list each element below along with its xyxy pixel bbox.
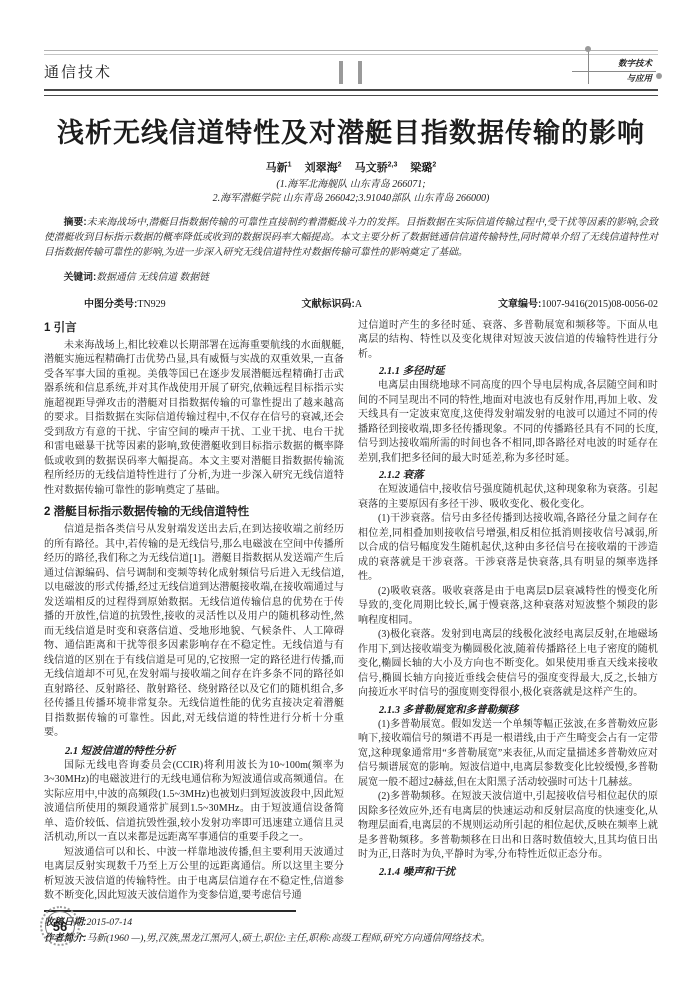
header-bottom-rule [44,89,658,96]
author: 马文骄2,3 [355,162,398,174]
keywords: 关键词:数据通信 无线信道 数据链 [44,270,658,285]
author-bio: 作者简介:马新(1960 —),男,汉族,黑龙江黑河人,硕士,职位:主任,职称:… [44,931,658,947]
article-title: 浅析无线信道特性及对潜艇目指数据传输的影响 [44,111,658,150]
subsubsection-heading: 2.1.4 噪声和干扰 [358,864,658,879]
page-number-badge: 56 [40,906,80,946]
paragraph: 未来海战场上,相比较难以长期部署在远海重要航线的水面舰艇,潜艇实施远程精确打击优… [44,339,344,499]
page-header: 通信技术 数字技术 与应用 [44,50,658,96]
affiliation-line: 2.海军潜艇学院 山东青岛 266042;3.91040部队 山东青岛 2660… [44,192,658,206]
body-columns: 1 引言 未来海战场上,相比较难以长期部署在远海重要航线的水面舰艇,潜艇实施远程… [44,319,658,904]
journal-logo-line2: 与应用 [572,71,652,86]
header-divider-bar [358,61,362,84]
section-heading: 1 引言 [44,319,344,335]
paragraph: 信道是指各类信号从发射端发送出去后,在到达接收端之前经历的所有路径。其中,若传输… [44,523,344,741]
logo-dot-icon [656,73,662,79]
left-column: 1 引言 未来海战场上,相比较难以长期部署在远海重要航线的水面舰艇,潜艇实施远程… [44,319,344,904]
meta-line: 中图分类号:TN929 文献标识码:A 文章编号:1007-9416(2015)… [44,295,658,310]
paragraph: (3)极化衰落。发射到电离层的线极化波经电离层反射,在地磁场作用下,到达接收端变… [358,628,658,701]
header-divider-bar [339,61,343,84]
logo-dot-icon [585,46,591,52]
paragraph: (2)吸收衰落。吸收衰落是由于电离层D层衰减特性的慢变化所导致的,变化周期比较长… [358,585,658,629]
keywords-label: 关键词: [64,272,97,283]
footnote-rule [44,910,296,912]
abstract: 摘要:未来海战场中,潜艇目指数据传输的可靠性直接制约着潜艇战斗力的发挥。目指数据… [44,215,658,260]
affiliation-line: (1.海军北海舰队 山东青岛 266071; [44,178,658,192]
paragraph: 国际无线电咨询委员会(CCIR)将利用波长为10~100m(频率为3~30MHz… [44,759,344,846]
author: 梁璐2 [410,162,436,174]
author: 马新1 [266,162,292,174]
paragraph: 在短波通信中,接收信号强度随机起伏,这种现象称为衰落。引起衰落的主要原因有多径干… [358,483,658,512]
affiliations: (1.海军北海舰队 山东青岛 266071; 2.海军潜艇学院 山东青岛 266… [44,178,658,206]
subsection-heading: 2.1 短波信道的特性分析 [44,743,344,758]
page-number: 56 [45,911,75,941]
subsubsection-heading: 2.1.2 衰落 [358,467,658,482]
paragraph: 电离层由围绕地球不同高度的四个导电层构成,各层随空间和时间的不同呈现出不同的特性… [358,379,658,466]
paragraph: (1)干涉衰落。信号由多径传播到达接收端,各路径分量之间存在相位差,同相叠加则接… [358,512,658,585]
subsubsection-heading: 2.1.1 多径时延 [358,363,658,378]
footnote: 收稿日期:2015-07-14 作者简介:马新(1960 —),男,汉族,黑龙江… [44,910,658,947]
keywords-text: 数据通信 无线信道 数据链 [96,272,209,283]
paragraph: 短波通信可以和长、中波一样靠地波传播,但主要利用天波通过电离层反射实现数千乃至上… [44,846,344,904]
journal-logo-line1: 数字技术 [572,56,652,71]
article-id: 文章编号:1007-9416(2015)08-0056-02 [498,295,658,310]
column-name: 通信技术 [44,61,112,82]
abstract-label: 摘要: [64,217,87,228]
subsubsection-heading: 2.1.3 多普勒展宽和多普勒频移 [358,702,658,717]
journal-logo: 数字技术 与应用 [572,56,658,88]
clc-number: 中图分类号:TN929 [84,295,166,310]
right-column: 过信道时产生的多径时延、衰落、多普勒展宽和频移等。下面从电离层的结构、特性以及变… [358,319,658,904]
paragraph: (1)多普勒展宽。假如发送一个单频等幅正弦波,在多普勒效应影响下,接收端信号的频… [358,718,658,791]
paragraph: (2)多普勒频移。在短波天波信道中,引起接收信号相位起伏的原因除多径效应外,还有… [358,790,658,863]
section-heading: 2 潜艇目标指示数据传输的无线信道特性 [44,503,344,519]
journal-page: 通信技术 数字技术 与应用 浅析无线信道特性及对潜艇目指数据传输的影响 马新1 … [0,0,700,991]
paragraph: 过信道时产生的多径时延、衰落、多普勒展宽和频移等。下面从电离层的结构、特性以及变… [358,319,658,363]
received-date: 收稿日期:2015-07-14 [44,915,658,931]
abstract-text: 未来海战场中,潜艇目指数据传输的可靠性直接制约着潜艇战斗力的发挥。目指数据在实际… [44,217,658,258]
author-line: 马新1 刘翠海2 马文骄2,3 梁璐2 [44,159,658,175]
document-code: 文献标识码:A [302,295,363,310]
author: 刘翠海2 [305,162,342,174]
